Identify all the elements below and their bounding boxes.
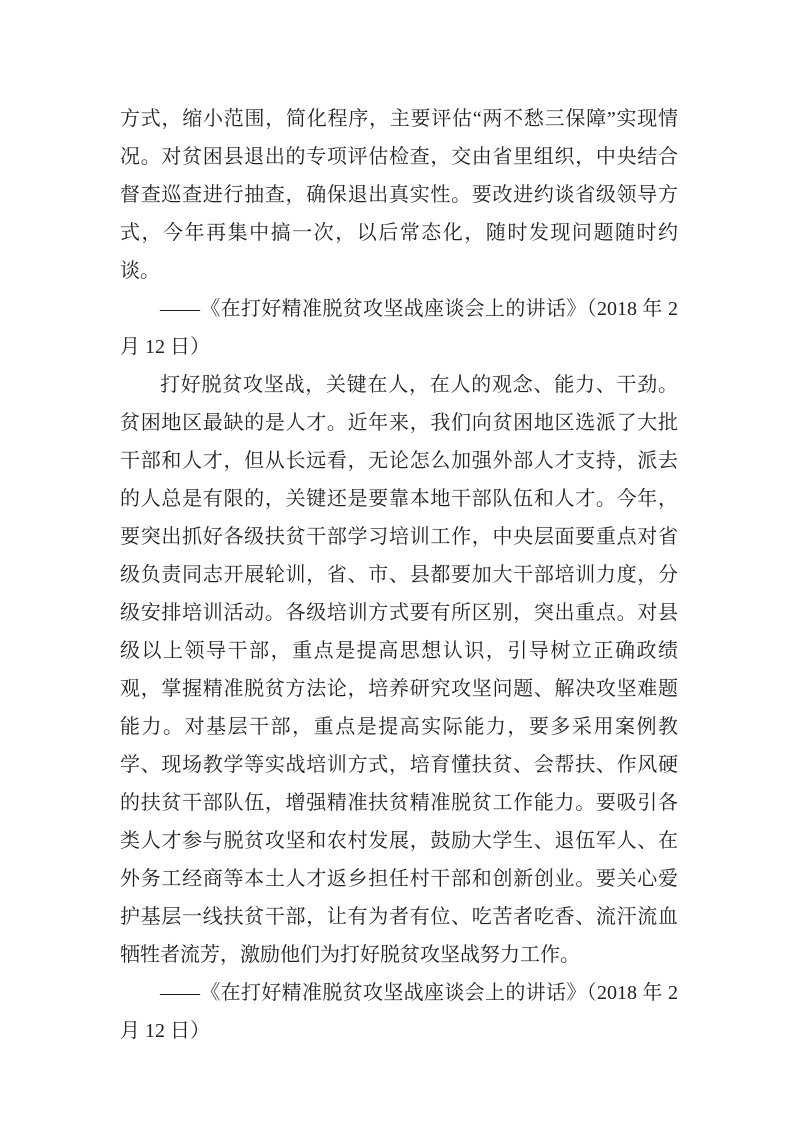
- body-paragraph-continuation: 方式，缩小范围，简化程序，主要评估“两不愁三保障”实现情况。对贫困县退出的专项评…: [120, 100, 678, 290]
- quote-attribution-1: ——《在打好精准脱贫攻坚战座谈会上的讲话》（2018 年 2 月 12 日）: [120, 290, 678, 366]
- quote-attribution-2: ——《在打好精准脱贫攻坚战座谈会上的讲话》（2018 年 2 月 12 日）: [120, 974, 678, 1050]
- document-page: 方式，缩小范围，简化程序，主要评估“两不愁三保障”实现情况。对贫困县退出的专项评…: [0, 0, 793, 1122]
- body-paragraph: 打好脱贫攻坚战，关键在人，在人的观念、能力、干劲。贫困地区最缺的是人才。近年来，…: [120, 366, 678, 974]
- text-block: 方式，缩小范围，简化程序，主要评估“两不愁三保障”实现情况。对贫困县退出的专项评…: [120, 100, 678, 1050]
